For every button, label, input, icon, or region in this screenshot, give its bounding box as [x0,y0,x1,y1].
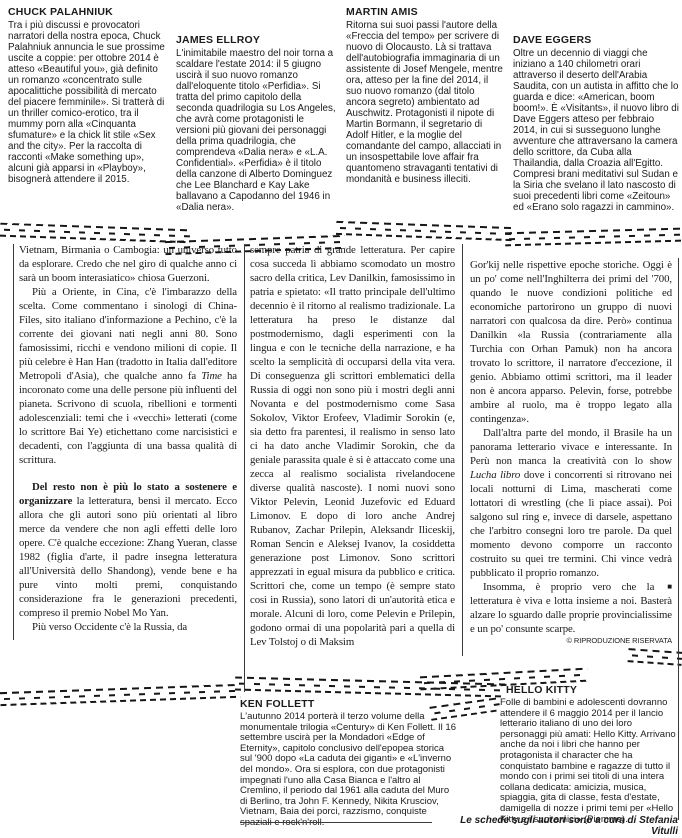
squiggle-divider [336,219,512,242]
footer-rule [240,822,432,823]
article-column-1: Vietnam, Birmania o Cambogia: un univers… [19,243,237,634]
column-rule [13,244,14,640]
author-bio: L'autunno 2014 porterà il terzo volume d… [240,712,456,829]
column-rule [244,244,245,692]
author-name: MARTIN AMIS [346,6,506,18]
squiggle-divider [0,221,190,245]
article-column-2: sempre patria di grande letteratura. Per… [250,243,455,649]
author-box-chuck-palahniuk: CHUCK PALAHNIUK Tra i più discussi e pro… [8,6,166,185]
squiggle-divider [0,682,240,707]
footer-credit: Le schede sugli autori sono a cura di St… [438,815,678,837]
copyright-notice: © RIPRODUZIONE RISERVATA [470,636,672,646]
article-paragraph: Dall'altra parte del mondo, il Brasile h… [470,426,672,580]
column-rule [678,258,679,820]
author-name: DAVE EGGERS [513,34,679,46]
article-paragraph: Più a Oriente, in Cina, c'è l'imbarazzo … [19,285,237,467]
author-bio: L'inimitabile maestro del noir torna a s… [176,48,336,213]
article-paragraph: Gor'kij nelle rispettive epoche storiche… [470,258,672,426]
squiggle-divider [505,226,682,248]
article-paragraph: Vietnam, Birmania o Cambogia: un univers… [19,243,237,285]
author-name: KEN FOLLETT [240,698,456,710]
author-bio: Tra i più discussi e provocatori narrato… [8,20,166,185]
column-rule [462,244,463,656]
author-box-james-ellroy: JAMES ELLROY L'inimitabile maestro del n… [176,34,336,213]
author-bio: Ritorna sui suoi passi l'autore della «F… [346,20,506,185]
end-of-article-mark: ■ [654,580,672,594]
author-box-hello-kitty: HELLO KITTY Folle di bambini e adolescen… [500,684,678,825]
article-paragraph: sempre patria di grande letteratura. Per… [250,243,455,649]
article-column-3: Gor'kij nelle rispettive epoche storiche… [470,258,672,646]
author-name: JAMES ELLROY [176,34,336,46]
author-bio: Folle di bambini e adolescenti dovranno … [500,698,678,825]
article-paragraph: Del resto non è più lo stato a sostenere… [19,480,237,620]
article-paragraph: Più verso Occidente c'è la Russia, da [19,620,237,634]
article-paragraph: ■Insomma, è proprio vero che la letterat… [470,580,672,636]
squiggle-divider [627,646,682,667]
magazine-page: CHUCK PALAHNIUK Tra i più discussi e pro… [0,0,682,838]
author-box-dave-eggers: DAVE EGGERS Oltre un decennio di viaggi … [513,34,679,213]
author-bio: Oltre un decennio di viaggi che iniziano… [513,48,679,213]
author-box-ken-follett: KEN FOLLETT L'autunno 2014 porterà il te… [240,698,456,829]
author-box-martin-amis: MARTIN AMIS Ritorna sui suoi passi l'aut… [346,6,506,185]
author-name: CHUCK PALAHNIUK [8,6,166,18]
author-name: HELLO KITTY [500,684,678,696]
